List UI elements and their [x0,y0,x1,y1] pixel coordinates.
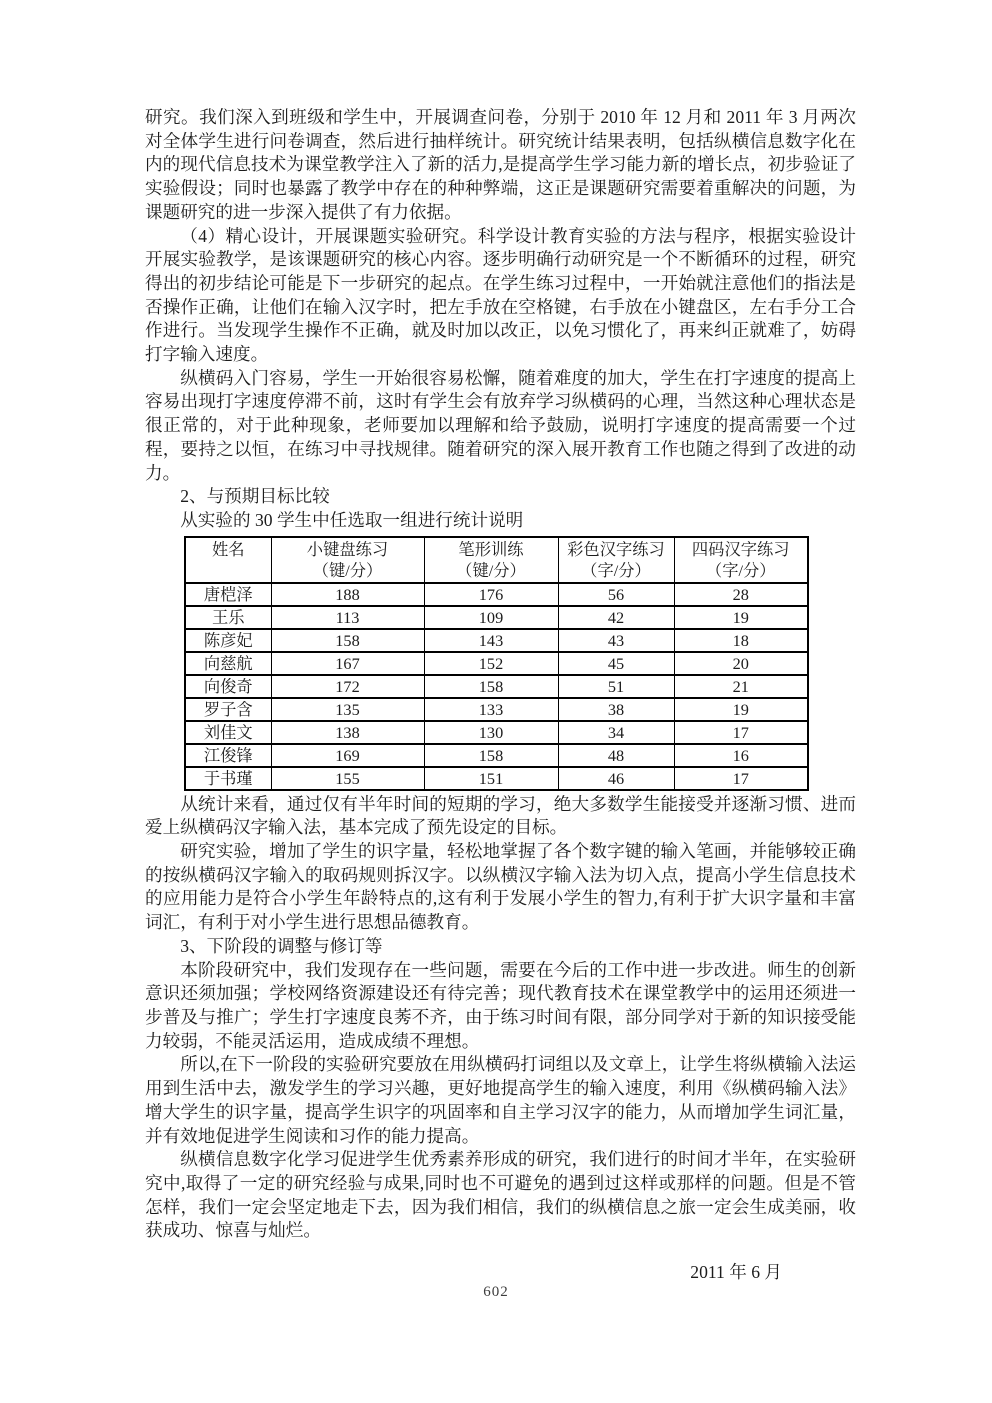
header-unit: （字/分） [559,560,674,582]
header-stroke-training: 笔形训练（键/分） [424,537,558,583]
cell-name: 王乐 [185,606,271,629]
body-paragraph: 研究实验，增加了学生的识字量，轻松地掌握了各个数字键的输入笔画，并能够较正确的按… [145,840,856,935]
cell-value: 135 [271,698,424,721]
table-row: 唐桤泽 188 176 56 28 [185,583,808,606]
cell-value: 56 [558,583,674,606]
cell-name: 刘佳文 [185,721,271,744]
cell-value: 158 [424,744,558,767]
header-title: 四码汉字练习 [675,539,808,561]
cell-value: 18 [674,629,808,652]
header-title: 彩色汉字练习 [559,539,674,561]
cell-value: 113 [271,606,424,629]
cell-value: 138 [271,721,424,744]
table-caption: 从实验的 30 学生中任选取一组进行统计说明 [145,509,856,533]
cell-value: 48 [558,744,674,767]
table-header-row: 姓名 小键盘练习（键/分） 笔形训练（键/分） 彩色汉字练习（字/分） 四码汉字… [185,537,808,583]
cell-value: 19 [674,698,808,721]
header-unit: （键/分） [425,560,558,582]
document-page: 研究。我们深入到班级和学生中，开展调查问卷，分别于 2010 年 12 月和 2… [0,0,992,1403]
cell-value: 167 [271,652,424,675]
cell-value: 169 [271,744,424,767]
date-line: 2011 年 6 月 [145,1261,856,1285]
body-paragraph: 所以,在下一阶段的实验研究要放在用纵横码打词组以及文章上，让学生将纵横输入法运用… [145,1053,856,1148]
table-row: 刘佳文 138 130 34 17 [185,721,808,744]
cell-value: 109 [424,606,558,629]
cell-value: 172 [271,675,424,698]
body-paragraph: 从统计来看，通过仅有半年时间的短期的学习，绝大多数学生能接受并逐渐习惯、进而爱上… [145,793,856,840]
header-title: 小键盘练习 [272,539,424,561]
cell-name: 于书瑾 [185,767,271,790]
cell-value: 45 [558,652,674,675]
body-paragraph: 本阶段研究中，我们发现存在一些问题，需要在今后的工作中进一步改进。师生的创新意识… [145,959,856,1054]
cell-value: 34 [558,721,674,744]
cell-value: 21 [674,675,808,698]
table-row: 王乐 113 109 42 19 [185,606,808,629]
cell-value: 188 [271,583,424,606]
table-row: 江俊锋 169 158 48 16 [185,744,808,767]
cell-value: 46 [558,767,674,790]
cell-value: 17 [674,721,808,744]
cell-value: 16 [674,744,808,767]
cell-name: 江俊锋 [185,744,271,767]
cell-value: 130 [424,721,558,744]
body-paragraph: 纵横信息数字化学习促进学生优秀素养形成的研究，我们进行的时间才半年，在实验研究中… [145,1148,856,1243]
cell-value: 20 [674,652,808,675]
table-row: 于书瑾 155 151 46 17 [185,767,808,790]
header-name: 姓名 [185,537,271,583]
cell-value: 152 [424,652,558,675]
header-title: 姓名 [186,539,271,561]
body-paragraph: 纵横码入门容易，学生一开始很容易松懈，随着难度的加大，学生在打字速度的提高上容易… [145,367,856,486]
cell-value: 133 [424,698,558,721]
page-content: 研究。我们深入到班级和学生中，开展调查问卷，分别于 2010 年 12 月和 2… [145,106,856,1285]
section-heading-2: 2、与预期目标比较 [145,485,856,509]
cell-value: 158 [424,675,558,698]
cell-value: 28 [674,583,808,606]
header-unit: （字/分） [675,560,808,582]
cell-name: 罗子含 [185,698,271,721]
cell-value: 19 [674,606,808,629]
header-color-chars: 彩色汉字练习（字/分） [558,537,674,583]
cell-value: 176 [424,583,558,606]
cell-value: 143 [424,629,558,652]
cell-value: 17 [674,767,808,790]
header-title: 笔形训练 [425,539,558,561]
section-heading-3: 3、下阶段的调整与修订等 [145,935,856,959]
cell-value: 43 [558,629,674,652]
table-row: 罗子含 135 133 38 19 [185,698,808,721]
cell-value: 158 [271,629,424,652]
cell-name: 向慈航 [185,652,271,675]
cell-value: 38 [558,698,674,721]
cell-name: 唐桤泽 [185,583,271,606]
cell-value: 155 [271,767,424,790]
page-number: 602 [0,1284,992,1301]
cell-value: 151 [424,767,558,790]
cell-name: 向俊奇 [185,675,271,698]
cell-value: 42 [558,606,674,629]
header-unit: （键/分） [272,560,424,582]
header-keypad-practice: 小键盘练习（键/分） [271,537,424,583]
table-row: 向俊奇 172 158 51 21 [185,675,808,698]
cell-name: 陈彦妃 [185,629,271,652]
table-row: 陈彦妃 158 143 43 18 [185,629,808,652]
body-paragraph: （4）精心设计，开展课题实验研究。科学设计教育实验的方法与程序，根据实验设计开展… [145,225,856,367]
cell-value: 51 [558,675,674,698]
body-paragraph: 研究。我们深入到班级和学生中，开展调查问卷，分别于 2010 年 12 月和 2… [145,106,856,225]
table-row: 向慈航 167 152 45 20 [185,652,808,675]
statistics-table: 姓名 小键盘练习（键/分） 笔形训练（键/分） 彩色汉字练习（字/分） 四码汉字… [184,536,809,791]
header-four-code-chars: 四码汉字练习（字/分） [674,537,808,583]
